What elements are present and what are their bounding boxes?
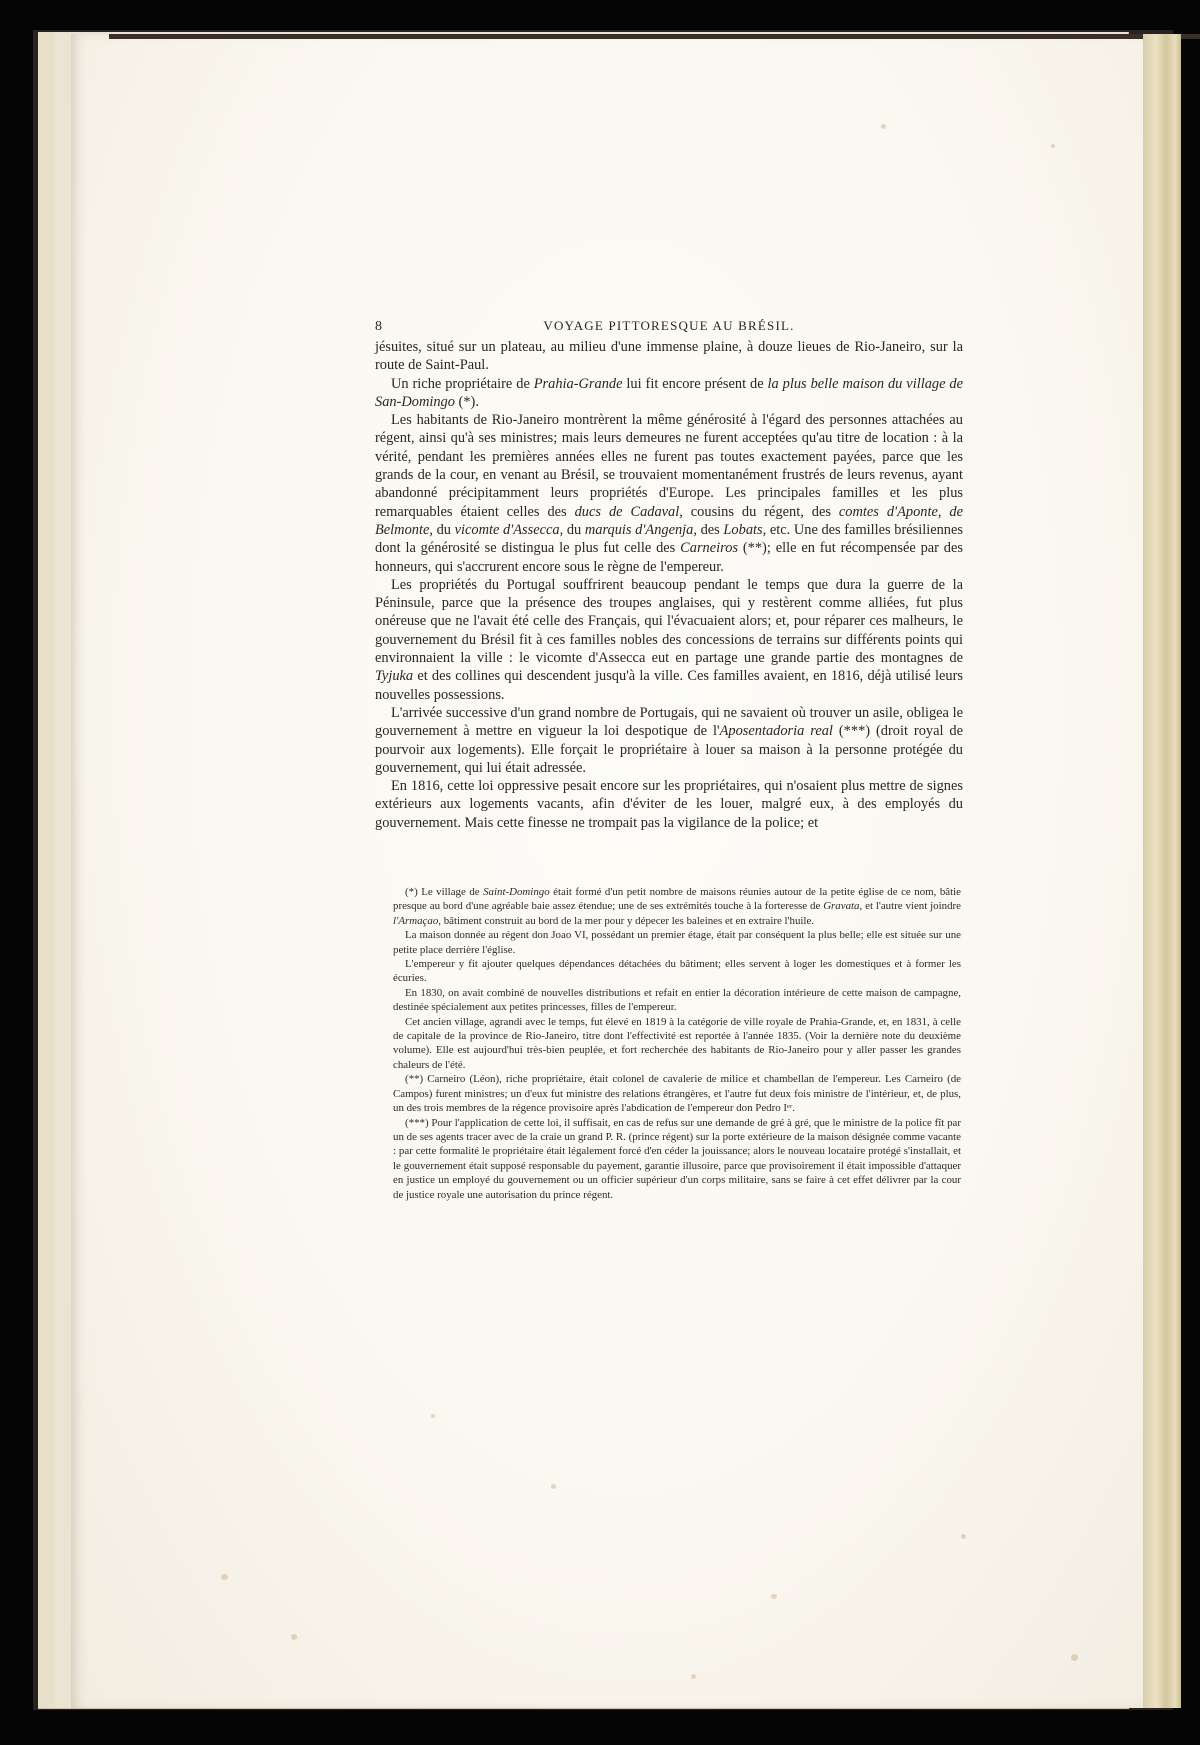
book <box>33 30 1173 1710</box>
italic-text: Aposentadoria real <box>720 723 833 739</box>
foxing-spot <box>771 1594 777 1599</box>
main-text-block: 8 VOYAGE PITTORESQUE AU BRÉSIL. jésuites… <box>375 318 963 832</box>
text-run: , <box>938 504 950 520</box>
italic-text: Prahia-Grande <box>534 376 623 392</box>
foxing-spot <box>551 1484 556 1489</box>
foxing-spot <box>691 1674 696 1679</box>
foxing-spot <box>881 124 886 129</box>
text-run: (*) Le village de <box>405 886 483 898</box>
paragraph: L'arrivée successive d'un grand nombre d… <box>375 704 963 777</box>
text-run: (*). <box>455 394 479 410</box>
text-run: , du <box>560 522 585 538</box>
footnote: L'empereur y fit ajouter quelques dépend… <box>393 957 961 986</box>
text-run: L'empereur y fit ajouter quelques dépend… <box>393 958 961 984</box>
text-run: , du <box>429 522 454 538</box>
footnote: (**) Carneiro (Léon), riche propriétaire… <box>393 1072 961 1115</box>
text-run: et des collines qui descendent jusqu'à l… <box>375 668 963 702</box>
text-run: lui fit encore présent de <box>623 376 768 392</box>
paragraph: Les habitants de Rio-Janeiro montrèrent … <box>375 411 963 576</box>
foxing-spot <box>1071 1654 1078 1661</box>
foxing-spot <box>221 1574 228 1580</box>
paragraph: jésuites, situé sur un plateau, au milie… <box>375 338 963 375</box>
foxing-spot <box>1051 144 1055 148</box>
paragraph: Les propriétés du Portugal souffrirent b… <box>375 576 963 704</box>
text-run: (***) Pour l'application de cette loi, i… <box>393 1117 961 1201</box>
italic-text: vicomte d'Assecca <box>455 522 560 538</box>
paragraph: Un riche propriétaire de Prahia-Grande l… <box>375 375 963 412</box>
binding-top-edge <box>109 34 1200 39</box>
body-text: jésuites, situé sur un plateau, au milie… <box>375 338 963 832</box>
footnote: (*) Le village de Saint-Domingo était fo… <box>393 885 961 928</box>
foxing-spot <box>431 1414 435 1418</box>
italic-text: l'Armaçao <box>393 915 438 927</box>
running-head: 8 VOYAGE PITTORESQUE AU BRÉSIL. <box>375 318 963 335</box>
text-run: (**) Carneiro (Léon), riche propriétaire… <box>393 1073 961 1114</box>
footnote: (***) Pour l'application de cette loi, i… <box>393 1116 961 1202</box>
fore-edge <box>1143 34 1181 1708</box>
text-run: , et l'autre vient joindre <box>860 900 962 912</box>
running-title: VOYAGE PITTORESQUE AU BRÉSIL. <box>405 318 963 334</box>
italic-text: Gravata <box>823 900 859 912</box>
italic-text: Carneiros <box>680 540 738 556</box>
page-sheet <box>71 34 1181 1708</box>
text-run: , bâtiment construit au bord de la mer p… <box>438 915 814 927</box>
text-run: , cousins du régent, des <box>679 504 839 520</box>
italic-text: marquis d'Angenja <box>585 522 694 538</box>
text-run: En 1816, cette loi oppressive pesait enc… <box>375 778 963 831</box>
foxing-spot <box>291 1634 297 1640</box>
italic-text: comtes d'Aponte <box>839 504 938 520</box>
footnote: En 1830, on avait combiné de nouvelles d… <box>393 986 961 1015</box>
footnotes: (*) Le village de Saint-Domingo était fo… <box>393 885 961 1202</box>
footnote: La maison donnée au régent don Joao VI, … <box>393 928 961 957</box>
text-run: Un riche propriétaire de <box>391 376 534 392</box>
text-run: La maison donnée au régent don Joao VI, … <box>393 929 961 955</box>
text-run: En 1830, on avait combiné de nouvelles d… <box>393 987 961 1013</box>
italic-text: ducs de Cadaval <box>575 504 680 520</box>
page-number: 8 <box>375 319 405 335</box>
footnote: Cet ancien village, agrandi avec le temp… <box>393 1015 961 1073</box>
italic-text: Tyjuka <box>375 668 413 684</box>
text-run: jésuites, situé sur un plateau, au milie… <box>375 339 963 373</box>
paragraph: En 1816, cette loi oppressive pesait enc… <box>375 777 963 832</box>
italic-text: Lobats <box>723 522 762 538</box>
foxing-spot <box>961 1534 966 1539</box>
text-run: Cet ancien village, agrandi avec le temp… <box>393 1016 961 1071</box>
text-run: , des <box>693 522 723 538</box>
italic-text: Saint-Domingo <box>483 886 550 898</box>
text-run: Les propriétés du Portugal souffrirent b… <box>375 577 963 666</box>
